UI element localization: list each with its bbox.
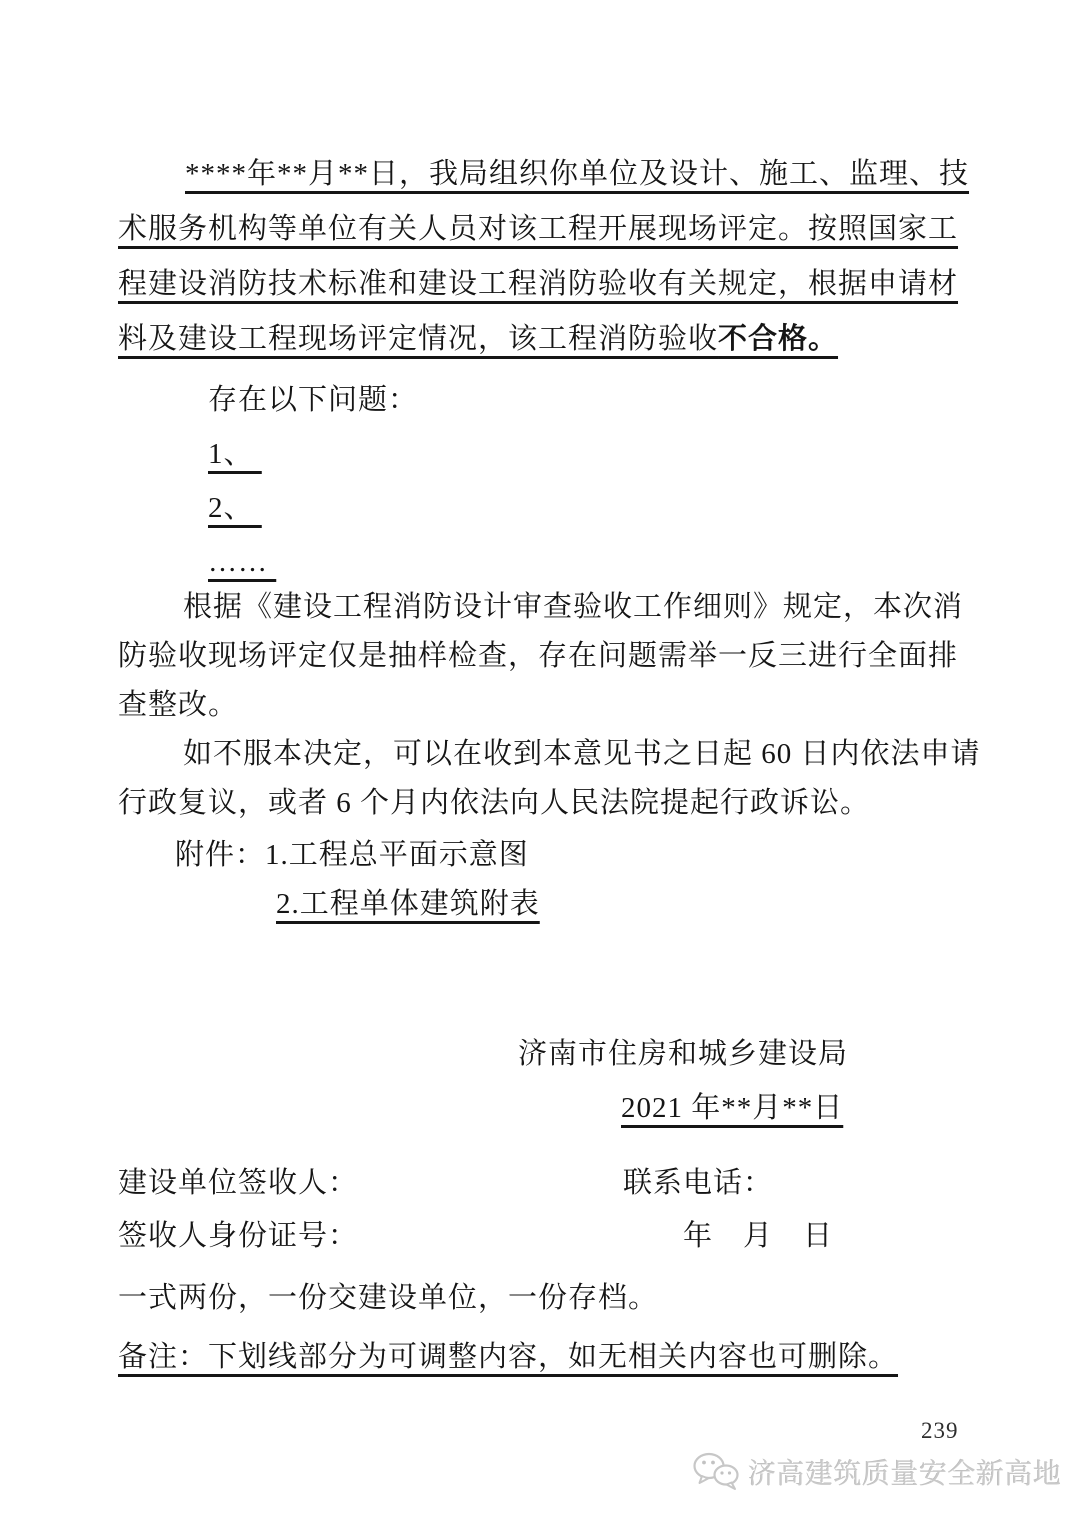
notice-line-3: 程建设消防技术标准和建设工程消防验收有关规定，根据申请材 (118, 257, 964, 312)
notice-line-4: 料及建设工程现场评定情况，该工程消防验收不合格。 (118, 312, 964, 367)
phone-label: 联系电话： (623, 1157, 773, 1210)
basis-paragraph: 根据《建设工程消防设计审查验收工作细则》规定，本次消 防验收现场评定仅是抽样检查… (118, 583, 964, 730)
remark-note-text: 备注：下划线部分为可调整内容，如无相关内容也可删除。 (118, 1332, 964, 1382)
attachments-section: 附件：1.工程总平面示意图 2.工程单体建筑附表 (118, 831, 964, 929)
watermark-text: 济高建筑质量安全新高地 (748, 1452, 1062, 1492)
receipt-row-2: 签收人身份证号：年 月 日 (118, 1210, 964, 1263)
document-body: ****年**月**日，我局组织你单位及设计、施工、监理、技 术服务机构等单位有… (118, 0, 964, 1382)
problems-section: 存在以下问题： 1、 2、 …… (118, 373, 964, 589)
signer-label: 建设单位签收人： (118, 1167, 358, 1199)
remark-note: 备注：下划线部分为可调整内容，如无相关内容也可删除。 (118, 1332, 964, 1382)
attachment-item-2-text: 2.工程单体建筑附表 (276, 888, 540, 920)
sign-date-blank: 年 月 日 (683, 1210, 833, 1263)
page-number: 239 (921, 1418, 959, 1444)
watermark-footer: 济高建筑质量安全新高地 (692, 1452, 1062, 1492)
basis-line-2: 防验收现场评定仅是抽样检查，存在问题需举一反三进行全面排 (118, 632, 964, 681)
notice-line-4-text: 料及建设工程现场评定情况，该工程消防验收 (118, 323, 718, 355)
appeal-line-2: 行政复议，或者 6 个月内依法向人民法院提起行政诉讼。 (118, 779, 964, 828)
signature-block: 济南市住房和城乡建设局 2021 年**月**日 (118, 1027, 964, 1135)
wechat-icon (692, 1452, 740, 1492)
copies-note: 一式两份，一份交建设单位，一份存档。 (118, 1273, 964, 1323)
problem-ellipsis: …… (118, 535, 964, 589)
notice-paragraph: ****年**月**日，我局组织你单位及设计、施工、监理、技 术服务机构等单位有… (118, 147, 964, 367)
basis-line-1: 根据《建设工程消防设计审查验收工作细则》规定，本次消 (118, 583, 964, 632)
notice-line-2: 术服务机构等单位有关人员对该工程开展现场评定。按照国家工 (118, 202, 964, 257)
issue-date-text: 2021 年**月**日 (621, 1092, 843, 1124)
verdict-bold-text: 不合格。 (718, 323, 838, 355)
problems-heading: 存在以下问题： (118, 373, 964, 427)
problem-item-1: 1、 (118, 427, 964, 481)
document-page: ****年**月**日，我局组织你单位及设计、施工、监理、技 术服务机构等单位有… (0, 0, 1080, 1527)
id-number-label: 签收人身份证号： (118, 1220, 358, 1252)
appeal-line-1: 如不服本决定，可以在收到本意见书之日起 60 日内依法申请 (118, 730, 964, 779)
copies-note-text: 一式两份，一份交建设单位，一份存档。 (118, 1273, 964, 1323)
issuing-authority: 济南市住房和城乡建设局 (118, 1027, 964, 1081)
attachment-item-2: 2.工程单体建筑附表 (118, 880, 964, 929)
receipt-block: 建设单位签收人：联系电话： 签收人身份证号：年 月 日 (118, 1157, 964, 1263)
attachment-item-1: 附件：1.工程总平面示意图 (118, 831, 964, 880)
receipt-row-1: 建设单位签收人：联系电话： (118, 1157, 964, 1210)
appeal-paragraph: 如不服本决定，可以在收到本意见书之日起 60 日内依法申请 行政复议，或者 6 … (118, 730, 964, 828)
issue-date: 2021 年**月**日 (118, 1081, 964, 1135)
notice-line-1: ****年**月**日，我局组织你单位及设计、施工、监理、技 (118, 147, 964, 202)
problem-item-2: 2、 (118, 481, 964, 535)
basis-line-3: 查整改。 (118, 681, 964, 730)
